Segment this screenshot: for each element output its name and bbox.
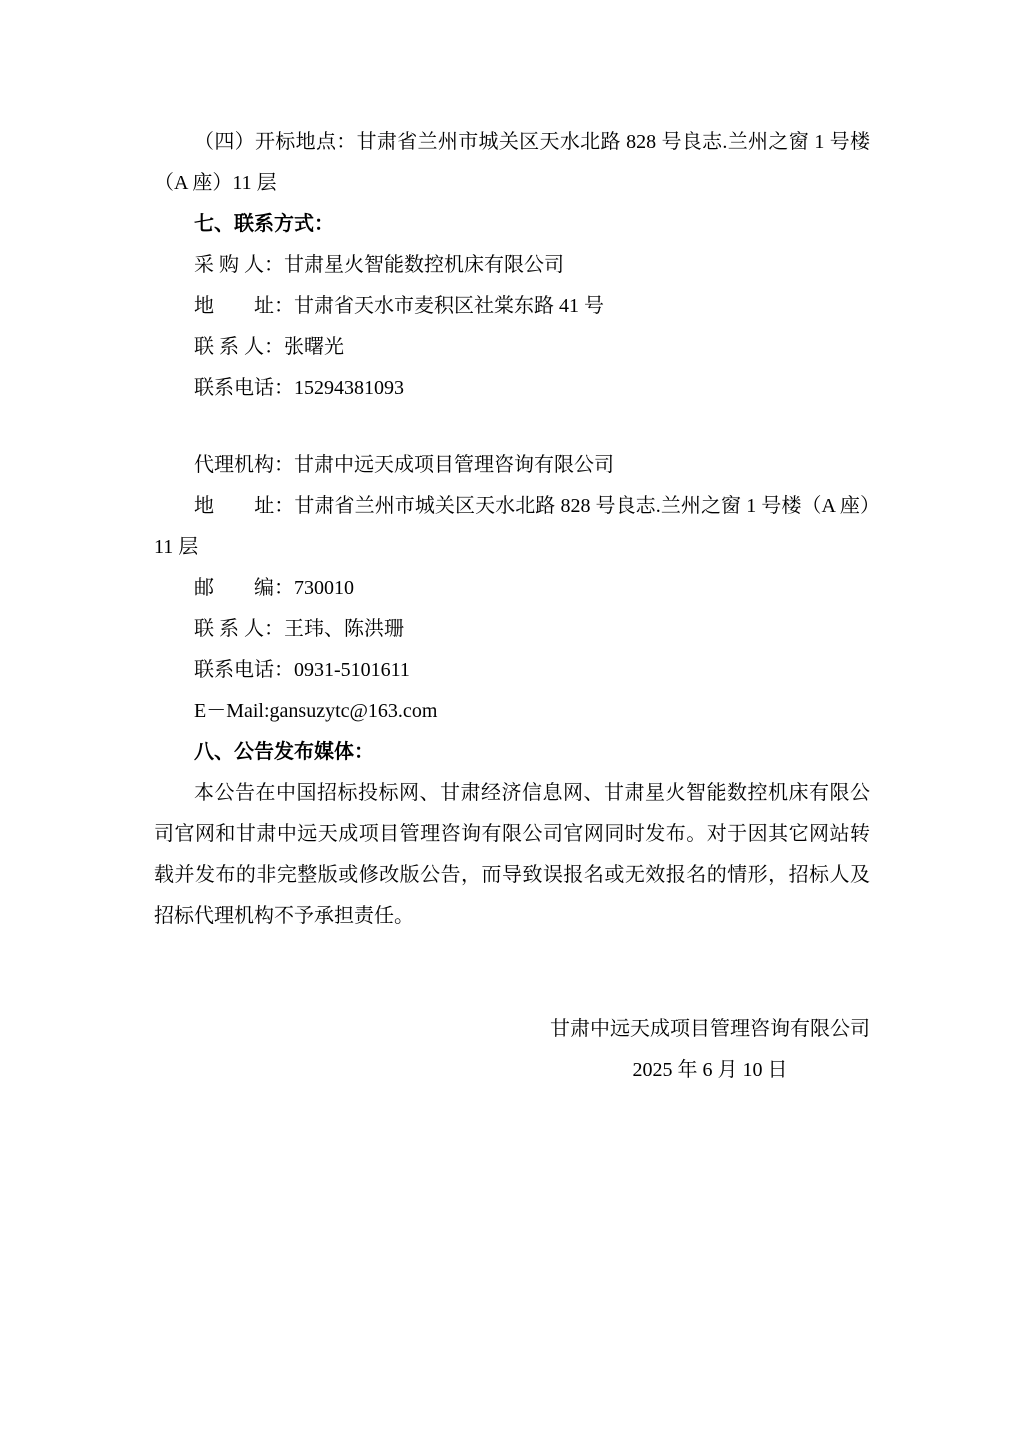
contact-label: 地 址： <box>194 295 294 317</box>
contact-row-agency-address: 地 址：甘肃省兰州市城关区天水北路 828 号良志.兰州之窗 1 号楼（A 座）… <box>154 486 870 568</box>
contact-value: 甘肃中远天成项目管理咨询有限公司 <box>294 454 614 476</box>
contact-label: 联系电话： <box>194 377 294 399</box>
contact-row-agency-person: 联 系 人：王玮、陈洪珊 <box>154 609 870 650</box>
section7-heading: 七、联系方式： <box>154 204 870 245</box>
contact-row-agency-email: E－Mail:gansuzytc@163.com <box>154 691 870 732</box>
opening-location-paragraph: （四）开标地点：甘肃省兰州市城关区天水北路 828 号良志.兰州之窗 1 号楼（… <box>154 122 870 204</box>
contact-row-purchaser-address: 地 址：甘肃省天水市麦积区社棠东路 41 号 <box>154 286 870 327</box>
media-announcement-paragraph: 本公告在中国招标投标网、甘肃经济信息网、甘肃星火智能数控机床有限公司官网和甘肃中… <box>154 773 870 937</box>
contact-row-agency: 代理机构：甘肃中远天成项目管理咨询有限公司 <box>154 445 870 486</box>
contact-label: 联 系 人： <box>194 336 284 358</box>
document-page: （四）开标地点：甘肃省兰州市城关区天水北路 828 号良志.兰州之窗 1 号楼（… <box>0 0 1024 1448</box>
contact-value: 甘肃省天水市麦积区社棠东路 41 号 <box>294 295 604 317</box>
purchaser-contact-block: 采 购 人：甘肃星火智能数控机床有限公司 地 址：甘肃省天水市麦积区社棠东路 4… <box>154 245 870 409</box>
contact-value: 730010 <box>294 577 354 599</box>
agency-contact-block: 代理机构：甘肃中远天成项目管理咨询有限公司 地 址：甘肃省兰州市城关区天水北路 … <box>154 445 870 732</box>
contact-label: 采 购 人： <box>194 254 284 276</box>
contact-value: 张曙光 <box>284 336 344 358</box>
contact-label: 联系电话： <box>194 659 294 681</box>
signature-inner: 甘肃中远天成项目管理咨询有限公司 2025 年 6 月 10 日 <box>550 1009 870 1091</box>
section8-heading: 八、公告发布媒体： <box>154 732 870 773</box>
contact-label: 代理机构： <box>194 454 294 476</box>
contact-value: 15294381093 <box>294 377 404 399</box>
contact-row-purchaser: 采 购 人：甘肃星火智能数控机床有限公司 <box>154 245 870 286</box>
contact-row-purchaser-person: 联 系 人：张曙光 <box>154 327 870 368</box>
contact-value: 王玮、陈洪珊 <box>284 618 404 640</box>
signature-block: 甘肃中远天成项目管理咨询有限公司 2025 年 6 月 10 日 <box>154 1009 870 1091</box>
contact-row-agency-zip: 邮 编：730010 <box>154 568 870 609</box>
signature-date: 2025 年 6 月 10 日 <box>550 1050 870 1091</box>
contact-label: E－Mail: <box>194 700 270 722</box>
contact-value: 甘肃星火智能数控机床有限公司 <box>284 254 564 276</box>
contact-value: gansuzytc@163.com <box>270 700 438 722</box>
contact-value: 0931-5101611 <box>294 659 410 681</box>
contact-row-agency-phone: 联系电话：0931-5101611 <box>154 650 870 691</box>
contact-label: 联 系 人： <box>194 618 284 640</box>
contact-label: 邮 编： <box>194 577 294 599</box>
contact-row-purchaser-phone: 联系电话：15294381093 <box>154 368 870 409</box>
signature-company: 甘肃中远天成项目管理咨询有限公司 <box>550 1009 870 1050</box>
contact-label: 地 址： <box>194 495 294 517</box>
